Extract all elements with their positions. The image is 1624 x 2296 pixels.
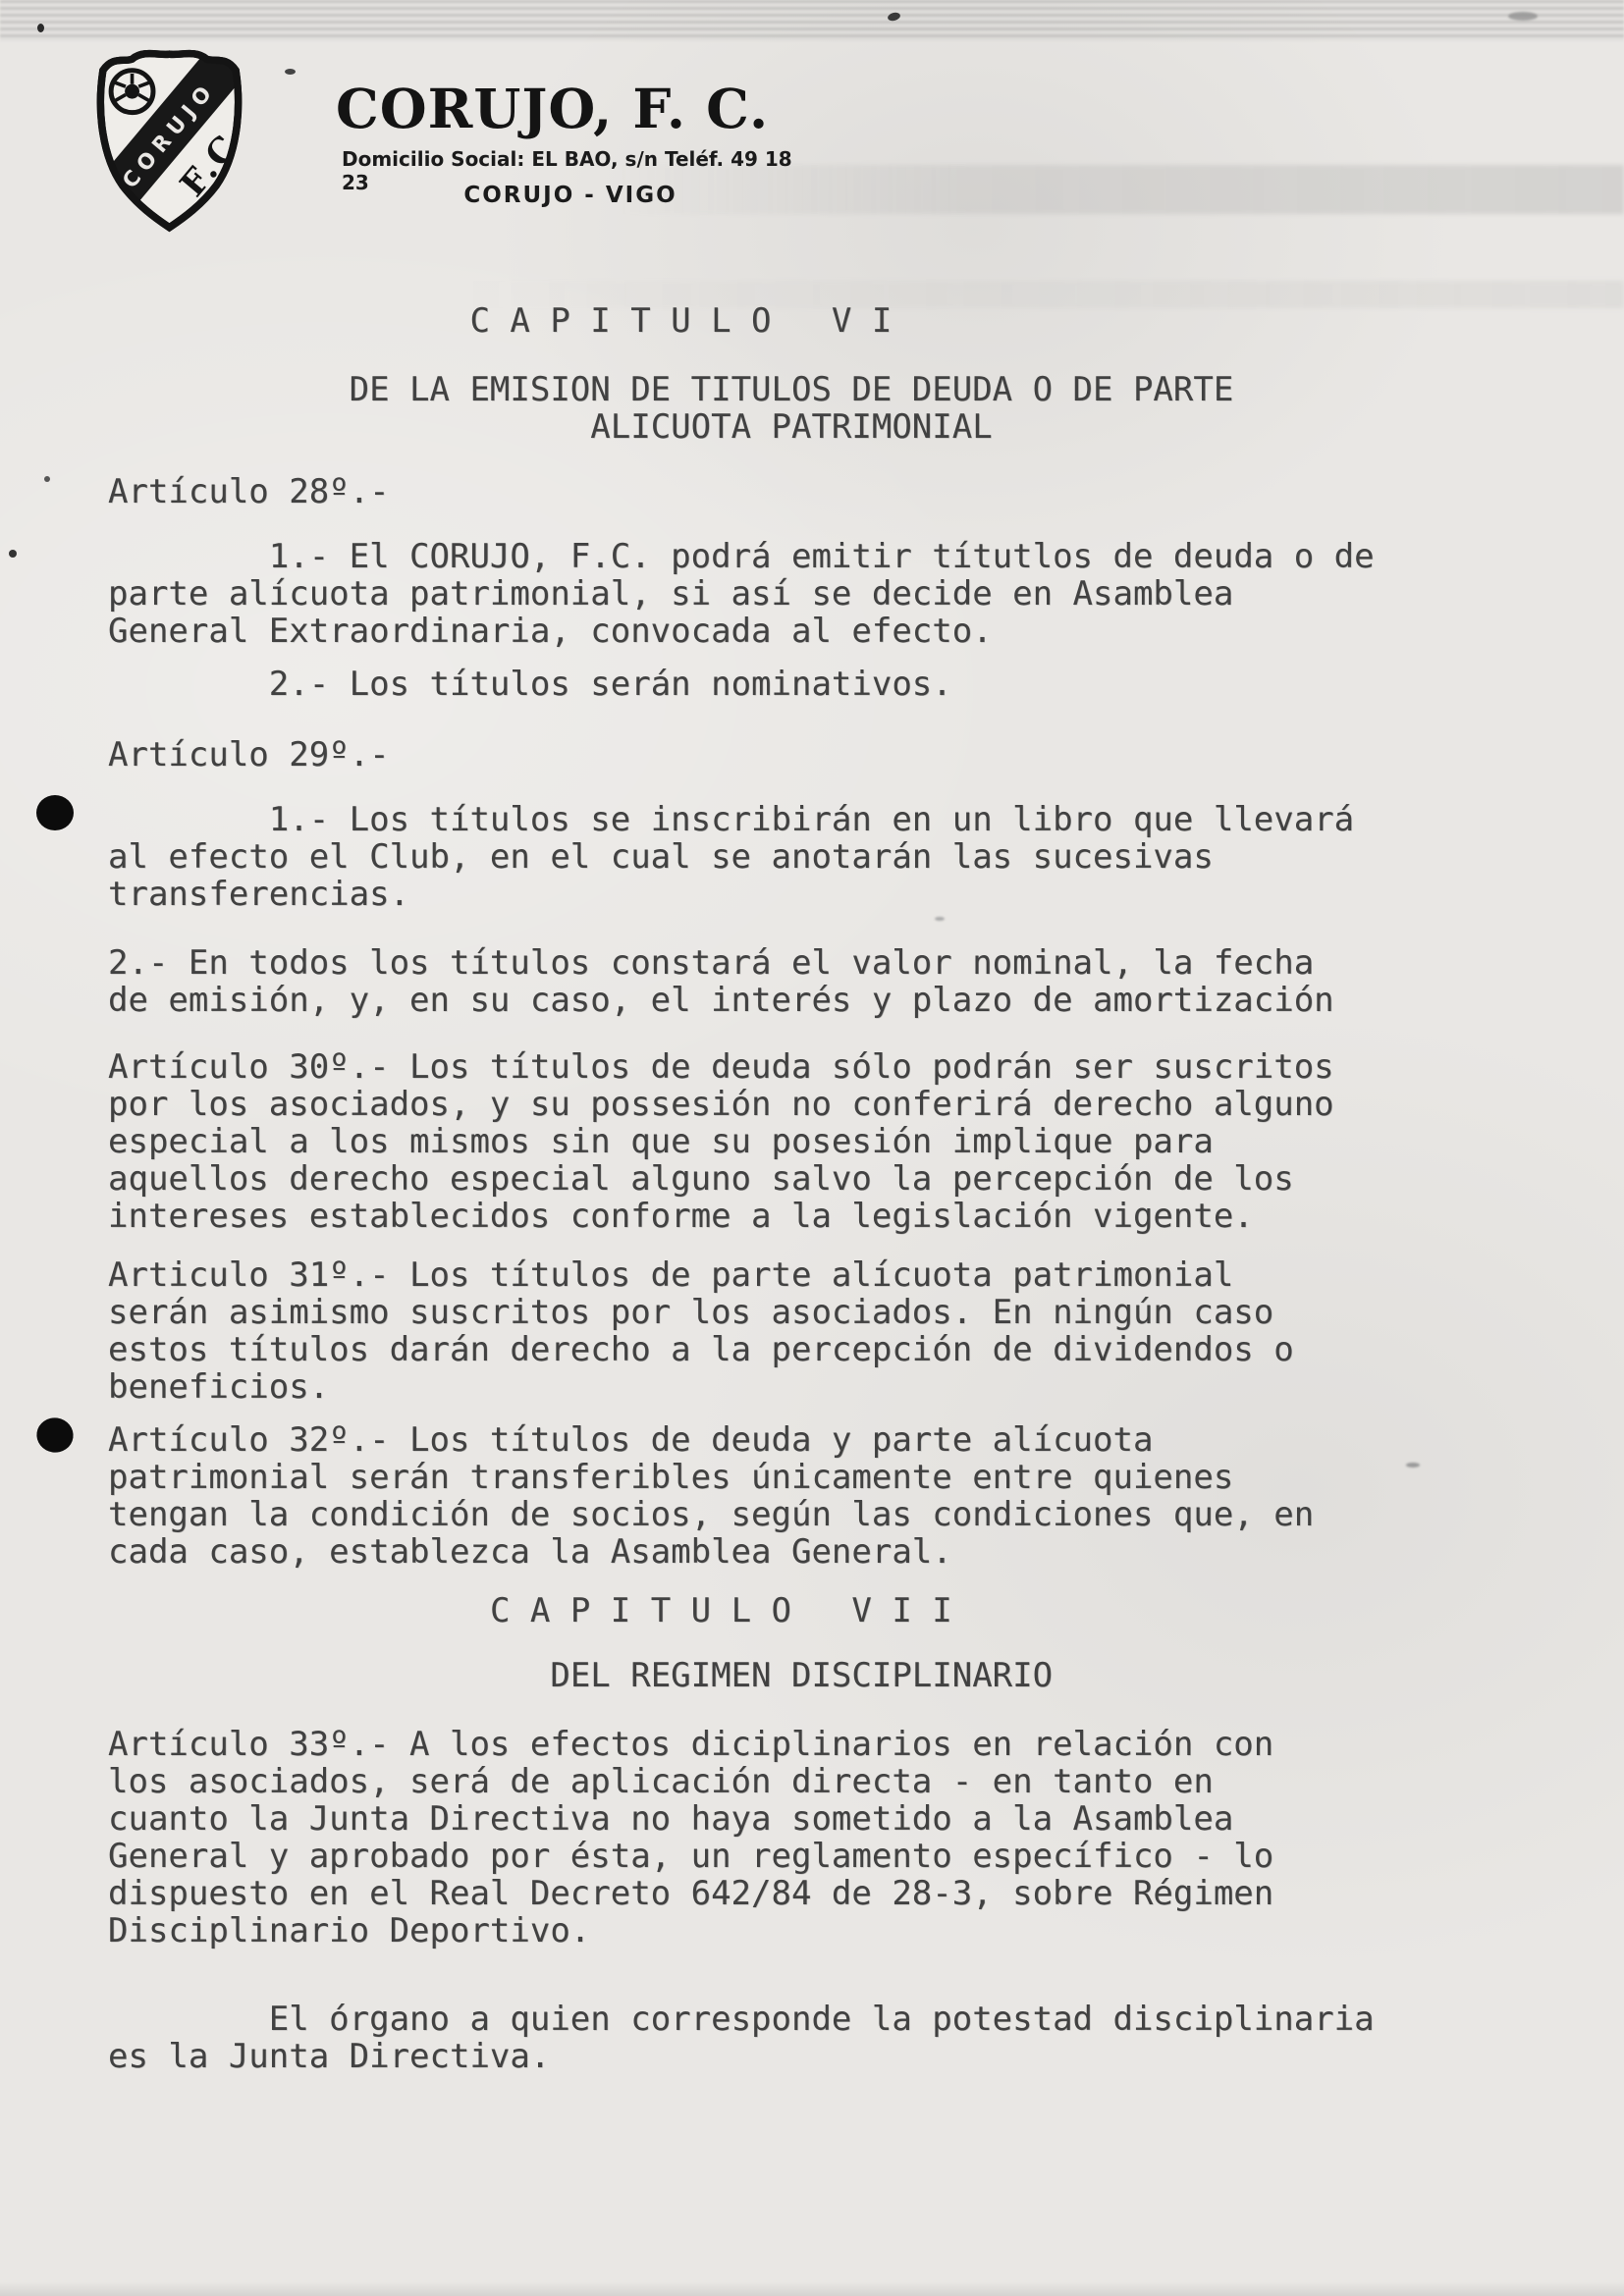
scanner-streak-band xyxy=(0,0,1624,41)
article-30-paragraph: Artículo 30º.- Los títulos de deuda sólo… xyxy=(108,1048,1334,1235)
ink-speck xyxy=(1508,12,1538,21)
club-city: CORUJO - VIGO xyxy=(342,183,799,208)
article-32-paragraph: Artículo 32º.- Los títulos de deuda y pa… xyxy=(108,1421,1314,1571)
hole-punch-mark xyxy=(34,1415,76,1455)
ink-speck xyxy=(44,476,50,482)
club-crest-shield-icon: CORUJO F.C xyxy=(88,41,250,236)
chapter-6-title: C A P I T U L O V I xyxy=(108,302,892,340)
article-29-heading: Artículo 29º.- xyxy=(108,736,390,774)
scanned-document-page: CORUJO F.C CORUJO, F. C. Domicilio Socia… xyxy=(0,0,1624,2296)
chapter-7-title: C A P I T U L O V I I xyxy=(108,1592,952,1629)
ink-speck xyxy=(37,24,44,32)
chapter-7-subtitle: DEL REGIMEN DISCIPLINARIO xyxy=(108,1657,1053,1694)
article-28-heading: Artículo 28º.- xyxy=(108,473,390,510)
article-28-paragraph-1: 1.- El CORUJO, F.C. podrá emitir títutlo… xyxy=(108,538,1375,650)
closing-paragraph: El órgano a quien corresponde la potesta… xyxy=(108,2001,1375,2075)
ink-speck xyxy=(1406,1463,1420,1468)
article-31-paragraph: Articulo 31º.- Los títulos de parte alíc… xyxy=(108,1256,1294,1406)
scanner-streak-band xyxy=(0,2282,1624,2296)
ink-speck xyxy=(935,917,945,921)
ink-speck xyxy=(285,69,296,75)
article-33-paragraph: Artículo 33º.- A los efectos diciplinari… xyxy=(108,1726,1273,1949)
soccer-ball-icon xyxy=(111,71,153,113)
chapter-6-subtitle: DE LA EMISION DE TITULOS DE DEUDA O DE P… xyxy=(108,371,1233,446)
hole-punch-mark xyxy=(36,795,74,830)
ink-speck xyxy=(9,550,17,558)
article-29-paragraph-1: 1.- Los títulos se inscribirán en un lib… xyxy=(108,801,1354,913)
club-name: CORUJO, F. C. xyxy=(336,77,769,140)
article-28-paragraph-2: 2.- Los títulos serán nominativos. xyxy=(108,666,952,703)
article-29-paragraph-2: 2.- En todos los títulos constará el val… xyxy=(108,944,1334,1019)
